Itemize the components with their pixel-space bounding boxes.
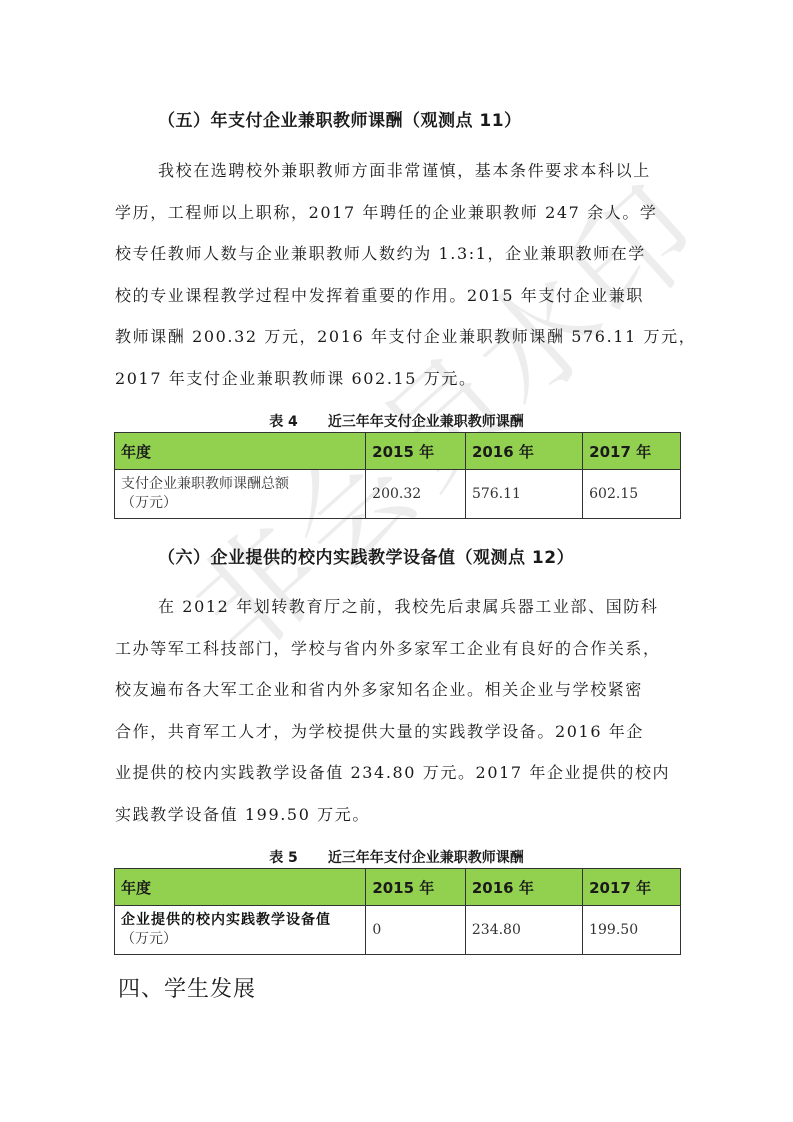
row-unit: （万元） [121, 931, 177, 947]
paragraph-line: 业提供的校内实践教学设备值 234.80 万元。2017 年企业提供的校内 [115, 752, 680, 794]
paragraph-line: 我校在选聘校外兼职教师方面非常谨慎，基本条件要求本科以上 [115, 150, 680, 192]
value-cell: 234.80 [465, 906, 582, 955]
paragraph-line: 2017 年支付企业兼职教师课 602.15 万元。 [115, 358, 680, 400]
value-cell: 0 [366, 906, 466, 955]
caption-title: 近三年年支付企业兼职教师课酬 [328, 850, 524, 866]
caption-number: 表 4 [269, 414, 298, 430]
paragraph-line: 校专任教师人数与企业兼职教师人数约为 1.3:1，企业兼职教师在学 [115, 233, 680, 275]
table-5-caption: 表 5近三年年支付企业兼职教师课酬 [0, 847, 793, 867]
header-cell: 2017 年 [583, 433, 681, 470]
row-label-cell: 企业提供的校内实践教学设备值 （万元） [115, 906, 366, 955]
table-row: 支付企业兼职教师课酬总额 （万元） 200.32 576.11 602.15 [115, 470, 681, 519]
table-header-row: 年度 2015 年 2016 年 2017 年 [115, 869, 681, 906]
section-heading-6: （六）企业提供的校内实践教学设备值（观测点 12） [158, 543, 574, 568]
caption-title: 近三年年支付企业兼职教师课酬 [328, 414, 524, 430]
value-cell: 602.15 [583, 470, 681, 519]
row-label: 企业提供的校内实践教学设备值 [121, 912, 331, 928]
caption-number: 表 5 [269, 850, 298, 866]
section-6-paragraph: 在 2012 年划转教育厅之前，我校先后隶属兵器工业部、国防科 工办等军工科技部… [115, 586, 680, 835]
section-heading-5: （五）年支付企业兼职教师课酬（观测点 11） [158, 106, 522, 131]
header-cell: 年度 [115, 869, 366, 906]
paragraph-line: 校友遍布各大军工企业和省内外多家知名企业。相关企业与学校紧密 [115, 669, 680, 711]
paragraph-line: 校的专业课程教学过程中发挥着重要的作用。2015 年支付企业兼职 [115, 275, 680, 317]
paragraph-line: 合作，共育军工人才，为学校提供大量的实践教学设备。2016 年企 [115, 711, 680, 753]
document-page: 非会员水印 （五）年支付企业兼职教师课酬（观测点 11） 我校在选聘校外兼职教师… [0, 0, 793, 1122]
table-4-caption: 表 4近三年年支付企业兼职教师课酬 [0, 411, 793, 431]
header-cell: 年度 [115, 433, 366, 470]
row-label-cell: 支付企业兼职教师课酬总额 （万元） [115, 470, 366, 519]
paragraph-line: 学历，工程师以上职称，2017 年聘任的企业兼职教师 247 余人。学 [115, 192, 680, 234]
table-5: 年度 2015 年 2016 年 2017 年 企业提供的校内实践教学设备值 （… [114, 868, 681, 955]
table-header-row: 年度 2015 年 2016 年 2017 年 [115, 433, 681, 470]
paragraph-line: 在 2012 年划转教育厅之前，我校先后隶属兵器工业部、国防科 [115, 586, 680, 628]
header-cell: 2015 年 [366, 869, 466, 906]
header-cell: 2015 年 [366, 433, 466, 470]
paragraph-line: 实践教学设备值 199.50 万元。 [115, 794, 680, 836]
paragraph-line: 工办等军工科技部门，学校与省内外多家军工企业有良好的合作关系， [115, 628, 680, 670]
header-cell: 2016 年 [465, 869, 582, 906]
row-unit: （万元） [121, 495, 177, 511]
header-cell: 2016 年 [465, 433, 582, 470]
row-label: 支付企业兼职教师课酬总额 [121, 476, 289, 492]
table-row: 企业提供的校内实践教学设备值 （万元） 0 234.80 199.50 [115, 906, 681, 955]
section-5-paragraph: 我校在选聘校外兼职教师方面非常谨慎，基本条件要求本科以上 学历，工程师以上职称，… [115, 150, 680, 399]
value-cell: 200.32 [366, 470, 466, 519]
value-cell: 199.50 [583, 906, 681, 955]
value-cell: 576.11 [465, 470, 582, 519]
table-4: 年度 2015 年 2016 年 2017 年 支付企业兼职教师课酬总额 （万元… [114, 432, 681, 519]
header-cell: 2017 年 [583, 869, 681, 906]
chapter-heading-4: 四、学生发展 [118, 972, 256, 1003]
paragraph-line: 教师课酬 200.32 万元，2016 年支付企业兼职教师课酬 576.11 万… [115, 316, 680, 358]
